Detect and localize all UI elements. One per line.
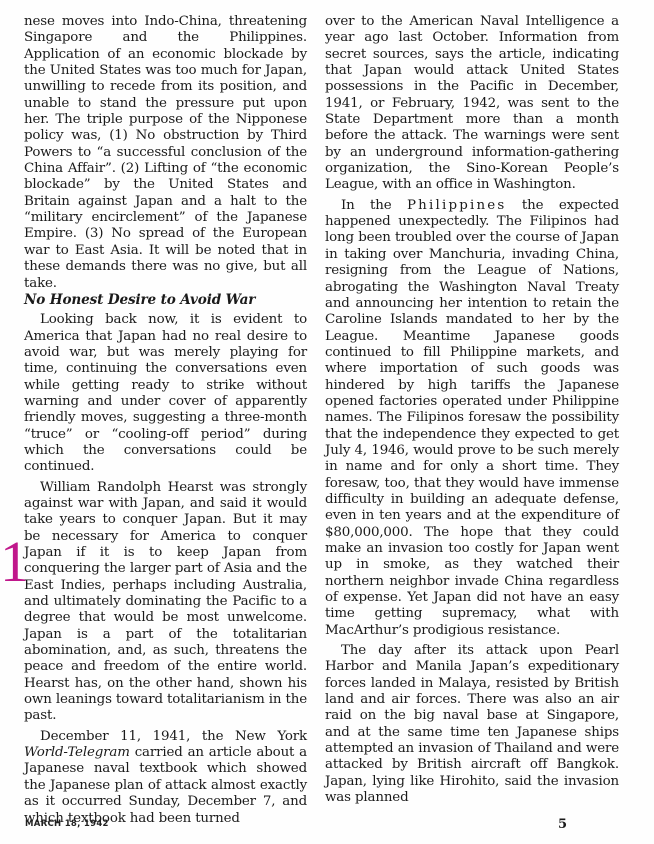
paragraph: In the Philippines the expected happened… (325, 198, 619, 639)
page-number: 5 (558, 817, 567, 832)
text-run: In the (341, 198, 407, 213)
text-run: December 11, 1941, the New York (40, 729, 307, 744)
paragraph: William Randolph Hearst was strongly aga… (24, 480, 307, 725)
paragraph: The day after its attack upon Pearl Harb… (325, 643, 619, 806)
left-column: nese moves into Indo-China, threatening … (24, 14, 307, 827)
section-heading: No Honest Desire to Avoid War (24, 292, 307, 308)
newspaper-title: World-Telegram (24, 745, 130, 760)
emphasized-word: Philippines (407, 198, 507, 213)
paragraph: December 11, 1941, the New York World-Te… (24, 729, 307, 827)
paragraph: nese moves into Indo-China, threatening … (24, 14, 307, 292)
text-run: the expected happened unexpectedly. The … (325, 198, 619, 638)
issue-date: MARCH 18, 1942 (25, 819, 109, 829)
magazine-page: 1 nese moves into Indo-China, threatenin… (0, 0, 654, 844)
paragraph: over to the American Naval Intelligence … (325, 14, 619, 194)
paragraph: Looking back now, it is evident to Ameri… (24, 312, 307, 475)
right-column: over to the American Naval Intelligence … (325, 14, 619, 807)
